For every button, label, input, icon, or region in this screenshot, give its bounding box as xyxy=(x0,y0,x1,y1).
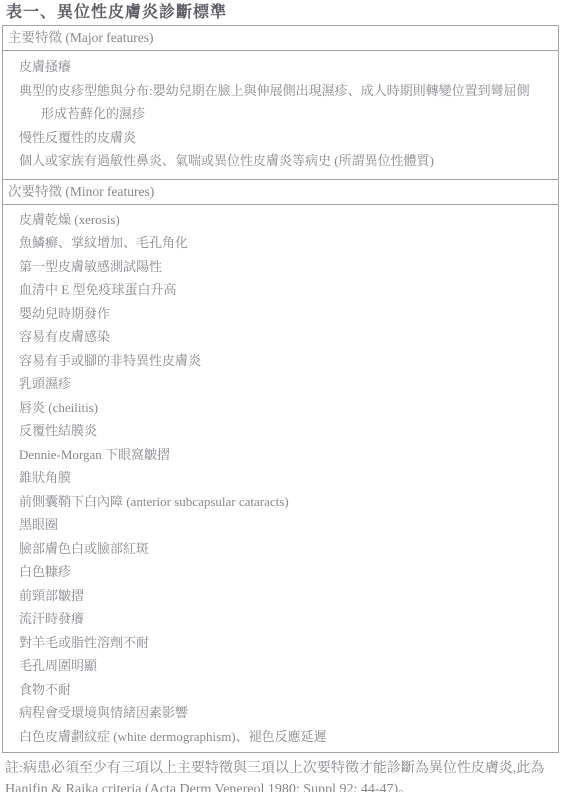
major-feature-item: 典型的皮疹型態與分布:嬰幼兒期在臉上與伸展側出現濕疹、成人時期則轉變位置到彎屈側 xyxy=(3,79,558,103)
minor-feature-item: 唇炎 (cheilitis) xyxy=(3,396,558,420)
minor-feature-item: 白色糠疹 xyxy=(3,560,558,584)
minor-feature-item: 食物不耐 xyxy=(3,678,558,702)
minor-feature-item: Dennie-Morgan 下眼窩皺摺 xyxy=(3,443,558,467)
minor-feature-item: 黑眼圈 xyxy=(3,513,558,537)
minor-feature-item: 嬰幼兒時期發作 xyxy=(3,302,558,326)
footnote-line-1: 註:病患必須至少有三項以上主要特徵與三項以上次要特徵才能診斷為異位性皮膚炎,此為 xyxy=(5,758,559,779)
footnote: 註:病患必須至少有三項以上主要特徵與三項以上次要特徵才能診斷為異位性皮膚炎,此為… xyxy=(5,758,559,792)
major-feature-item: 個人或家族有過敏性鼻炎、氣喘或異位性皮膚炎等病史 (所謂異位性體質) xyxy=(3,149,558,173)
criteria-table: 主要特徵 (Major features) 皮膚搔癢 典型的皮疹型態與分布:嬰幼… xyxy=(2,25,559,753)
minor-feature-item: 前頸部皺摺 xyxy=(3,584,558,608)
table-title: 表一、異位性皮膚炎診斷標準 xyxy=(6,4,559,22)
minor-features-header: 次要特徵 (Minor features) xyxy=(3,179,558,205)
minor-feature-item: 第一型皮膚敏感測試陽性 xyxy=(3,255,558,279)
major-feature-item: 形成苔蘚化的濕疹 xyxy=(3,102,558,126)
major-features-header: 主要特徵 (Major features) xyxy=(3,26,558,51)
minor-feature-item: 對羊毛或脂性溶劑不耐 xyxy=(3,631,558,655)
minor-feature-item: 白色皮膚劃紋症 (white dermographism)、褪色反應延遲 xyxy=(3,725,558,749)
major-features-list: 皮膚搔癢 典型的皮疹型態與分布:嬰幼兒期在臉上與伸展側出現濕疹、成人時期則轉變位… xyxy=(3,51,558,179)
major-feature-item: 慢性反覆性的皮膚炎 xyxy=(3,126,558,150)
footnote-line-2: Hanifin & Rajka criteria (Acta Derm Vene… xyxy=(5,779,559,792)
minor-feature-item: 反覆性結膜炎 xyxy=(3,419,558,443)
minor-feature-item: 臉部膚色白或臉部紅斑 xyxy=(3,537,558,561)
minor-feature-item: 容易有皮膚感染 xyxy=(3,325,558,349)
minor-feature-item: 皮膚乾燥 (xerosis) xyxy=(3,208,558,232)
minor-feature-item: 魚鱗癬、掌紋增加、毛孔角化 xyxy=(3,231,558,255)
document-page: 表一、異位性皮膚炎診斷標準 主要特徵 (Major features) 皮膚搔癢… xyxy=(0,0,564,792)
minor-feature-item: 病程會受環境與情緒因素影響 xyxy=(3,701,558,725)
minor-feature-item: 錐狀角膜 xyxy=(3,466,558,490)
minor-features-list: 皮膚乾燥 (xerosis) 魚鱗癬、掌紋增加、毛孔角化 第一型皮膚敏感測試陽性… xyxy=(3,205,558,753)
minor-feature-item: 流汗時發癢 xyxy=(3,607,558,631)
major-feature-item: 皮膚搔癢 xyxy=(3,55,558,79)
minor-feature-item: 毛孔周圍明顯 xyxy=(3,654,558,678)
minor-feature-item: 血清中 E 型免疫球蛋白升高 xyxy=(3,278,558,302)
minor-feature-item: 前側囊鞘下白內障 (anterior subcapsular cataracts… xyxy=(3,490,558,514)
minor-feature-item: 容易有手或腳的非特異性皮膚炎 xyxy=(3,349,558,373)
minor-feature-item: 乳頭濕疹 xyxy=(3,372,558,396)
